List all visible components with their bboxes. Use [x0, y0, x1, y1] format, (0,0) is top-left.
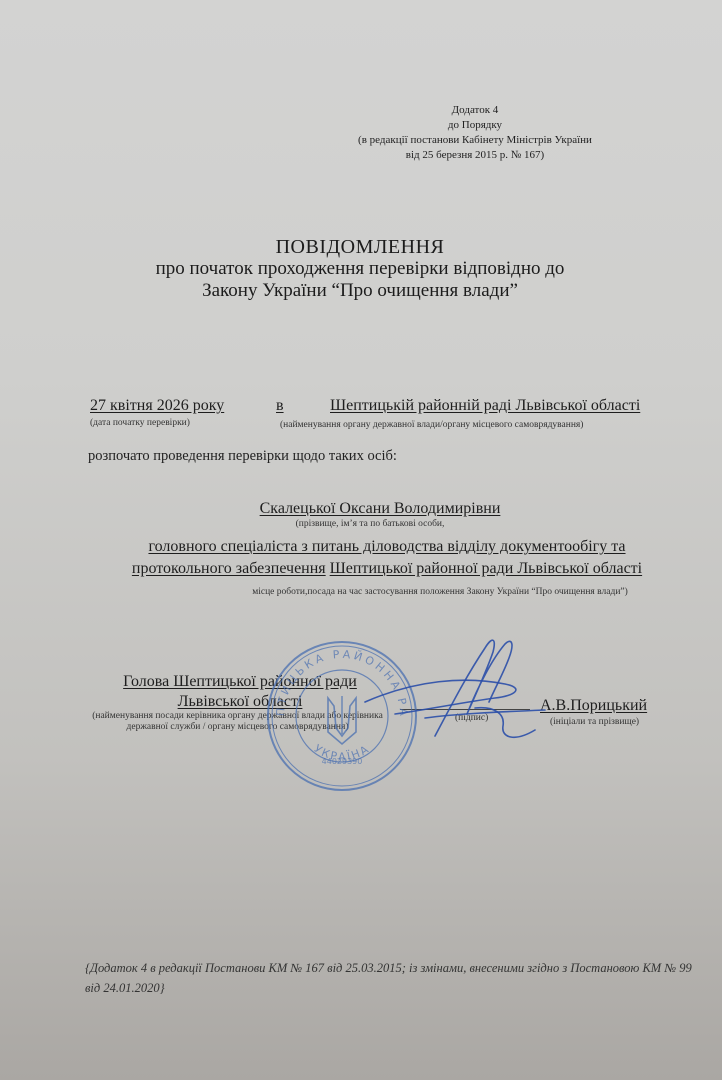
footer-amendment-note: {Додаток 4 в редакції Постанови КМ № 167… — [85, 958, 705, 998]
signature-scribble-icon — [355, 618, 555, 748]
person-position: головного спеціаліста з питань діловодст… — [92, 536, 682, 580]
check-date-note: (дата початку перевірки) — [90, 418, 190, 429]
appendix-number: Додаток 4 — [330, 103, 620, 118]
signer-name: А.В.Порицький — [540, 697, 647, 715]
position-line-2b: Шептицької районної ради Львівської обла… — [330, 560, 642, 577]
position-line-1: головного спеціаліста з питань діловодст… — [92, 536, 682, 558]
document-page: Додаток 4 до Порядку (в редакції постано… — [0, 0, 722, 1080]
started-text: розпочато проведення перевірки щодо таки… — [88, 448, 397, 465]
position-note: місце роботи,посада на час застосування … — [190, 587, 690, 598]
title-main: ПОВІДОМЛЕННЯ — [130, 236, 590, 258]
organ-note: (найменування органу державної влади/орг… — [280, 420, 583, 431]
person-name-wrap: Скалецької Оксани Володимирівни — [130, 500, 630, 518]
appendix-to-procedure: до Порядку — [330, 118, 620, 133]
appendix-edition: (в редакції постанови Кабінету Міністрів… — [330, 133, 620, 148]
person-name: Скалецької Оксани Володимирівни — [260, 500, 501, 517]
organ-name: Шептицькій районній раді Львівської обла… — [330, 397, 640, 415]
appendix-resolution: від 25 березня 2015 р. № 167) — [330, 148, 620, 163]
person-name-note: (прізвище, ім’я та по батькові особи, — [130, 519, 610, 530]
signer-name-note: (ініціали та прізвище) — [550, 717, 639, 728]
document-title: ПОВІДОМЛЕННЯ про початок проходження пер… — [130, 236, 590, 302]
title-law: Закону України “Про очищення влади” — [130, 280, 590, 302]
position-line-2a: протокольного забезпечення — [132, 560, 326, 577]
preposition: в — [276, 397, 284, 415]
check-date: 27 квітня 2026 року — [90, 397, 224, 415]
title-subtitle: про початок проходження перевірки відпов… — [130, 258, 590, 280]
appendix-header: Додаток 4 до Порядку (в редакції постано… — [330, 103, 620, 163]
